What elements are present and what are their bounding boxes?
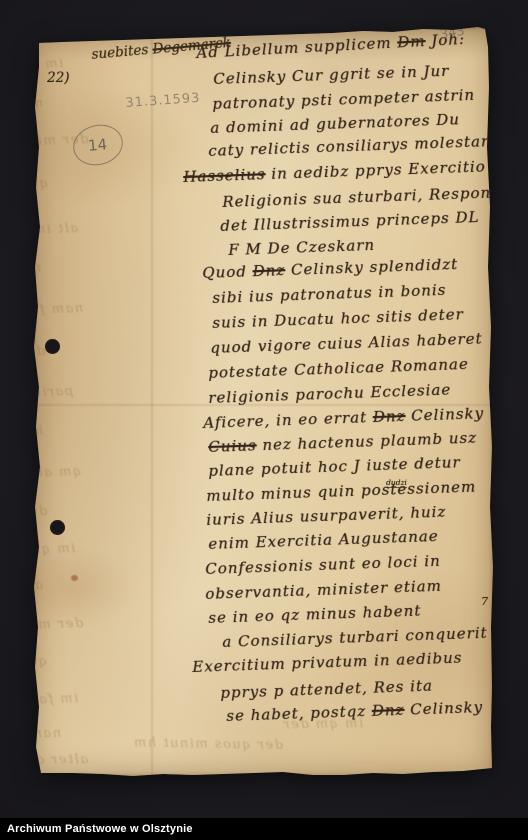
manuscript-line: multo minus quin postessionem (206, 480, 476, 504)
manuscript-line: Hasselius in aedibz pprys Exercitio (183, 159, 486, 185)
vertical-fold-crease (150, 27, 154, 776)
bleedthrough-line: der min quos hm (0, 617, 83, 635)
circled-number: 14 (88, 135, 109, 155)
punch-hole-top (45, 339, 60, 354)
manuscript-line: Ad Libellum supplicem Dm Joh: (196, 32, 465, 61)
photo-stage: im qm frati dumnos altera p fidemder min… (0, 0, 528, 840)
manuscript-line: Aficere, in eo errat Dnz Celinsky (203, 406, 484, 431)
ink-stain (71, 575, 78, 581)
manuscript-line: potestate Catholicae Romanae (208, 357, 469, 381)
manuscript-line: se habet, postqz Dnz Celinsky (226, 700, 483, 724)
bleedthrough-line: nos altera p fidem (0, 97, 43, 113)
bleedthrough-line: alt im der quos (0, 222, 78, 239)
punch-hole-bottom (50, 520, 65, 535)
bleedthrough-line: alterum fidem p (0, 579, 43, 594)
bleedthrough-line: im fater dum qe (0, 692, 78, 709)
manuscript-line: se in eo qz minus habent (208, 604, 422, 626)
bleedthrough-line: im quos der fat (0, 542, 75, 559)
manuscript-page-wrap: im qm frati dumnos altera p fidemder min… (33, 27, 493, 776)
bleedthrough-line: alter dum pareto quos im fidem ter (0, 753, 88, 771)
bleedthrough-line: pariter quos dum (0, 385, 73, 403)
manuscript-line: Confessionis sunt eo loci in (205, 554, 441, 577)
manuscript-line: a domini ad gubernatores Du (210, 112, 460, 136)
manuscript-line: pprys p attendet, Res ita (220, 679, 433, 701)
manuscript-line: Celinsky Cur ggrit se in Jur (213, 64, 449, 87)
manuscript-line: F M De Czeskarn (228, 238, 375, 258)
archive-caption-text: Archiwum Państwowe w Olsztynie (0, 818, 528, 840)
bleedthrough-line: qm nec fater dum (0, 177, 48, 192)
manuscript-line: Exercitium privatum in aedibus (192, 651, 463, 675)
manuscript-line: observantia, minister etiam (205, 579, 442, 602)
manuscript-line: plane potuit hoc J iuste detur (208, 455, 461, 479)
bleedthrough-line: quos pariter dhm (0, 655, 47, 670)
manuscript-line: Cuius nez hactenus plaumb usz (208, 431, 477, 455)
edge-mark: 7 (481, 596, 488, 607)
bleedthrough-line: qm alter im deo (0, 465, 81, 482)
bleedthrough-line: mit quos parehm (0, 262, 41, 277)
manuscript-line: iuris Alius usurpaverit, huiz (206, 505, 446, 528)
pencil-date: 31.3.1593 (125, 92, 201, 110)
bleedthrough-line: nam quos der parehm fidet minus (0, 727, 61, 745)
manuscript-line: Quod Dnz Celinsky splendidzt (202, 257, 458, 281)
manuscript-line: Religionis sua sturbari, Respon (222, 186, 491, 210)
manuscript-line: quod vigore cuius Alias haberet (210, 331, 483, 355)
bleedthrough-line: hm fidet parum (0, 425, 43, 440)
manuscript-line: suis in Ducatu hoc sitis deter (212, 307, 464, 331)
manuscript-line: enim Exercitia Augustanae (208, 529, 439, 552)
circled-number-badge: 14 (69, 120, 127, 171)
folio-number-left: 22) (47, 72, 69, 86)
manuscript-line: patronaty psti competer astrin (212, 88, 475, 112)
bleedthrough-line: dum pareto fhim (0, 505, 47, 520)
manuscript-line: a Consiliarys turbari conquerit (222, 626, 488, 650)
manuscript-line: sibi ius patronatus in bonis (212, 283, 447, 306)
bleedthrough-line: der quos minut fa (0, 345, 45, 360)
bleedthrough-line: der quos minut hm (132, 736, 283, 752)
interlinear-note: dudzi (386, 479, 407, 488)
archive-caption-bar: Archiwum Państwowe w Olsztynie (0, 818, 528, 840)
manuscript-page: im qm frati dumnos altera p fidemder min… (33, 27, 493, 776)
bleedthrough-line: nam fidei min (0, 302, 83, 319)
manuscript-line: det Illustrissimus princeps DL (220, 210, 480, 234)
manuscript-line: caty relictis consiliarys molestar (208, 134, 489, 159)
